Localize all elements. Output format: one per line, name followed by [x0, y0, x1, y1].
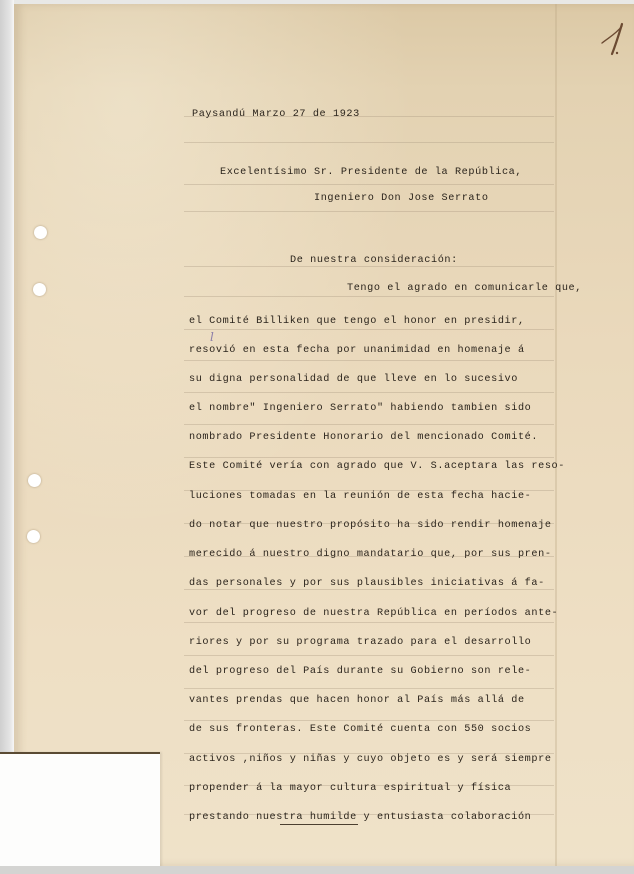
punch-hole — [27, 530, 40, 543]
ruled-line — [184, 622, 554, 623]
body-line: riores y por su programa trazado para el… — [189, 636, 531, 650]
ruled-line — [184, 184, 554, 185]
handwritten-page-number — [598, 22, 634, 62]
punch-hole — [34, 226, 47, 239]
addressee-line-1: Excelentísimo Sr. Presidente de la Repúb… — [220, 166, 522, 180]
body-line: el nombre" Ingeniero Serrato" habiendo t… — [189, 402, 531, 416]
ruled-line — [184, 392, 554, 393]
ruled-line — [184, 655, 554, 656]
body-line: su digna personalidad de que lleve en lo… — [189, 373, 518, 387]
letter-page: Paysandú Marzo 27 de 1923 Excelentísimo … — [14, 4, 634, 866]
addressee-line-2: Ingeniero Don Jose Serrato — [314, 192, 489, 206]
pasted-white-label — [0, 752, 160, 868]
scan-border-bottom — [0, 866, 634, 874]
body-line: el Comité Billiken que tengo el honor en… — [189, 315, 525, 329]
body-line: del progreso del País durante su Gobiern… — [189, 665, 531, 679]
body-line: propender á la mayor cultura espiritual … — [189, 782, 511, 796]
ruled-line — [184, 142, 554, 143]
paper-fold-line — [555, 4, 557, 866]
ruled-line — [184, 329, 554, 330]
body-line: vantes prendas que hacen honor al País m… — [189, 694, 525, 708]
ruled-line — [184, 720, 554, 721]
body-line: nombrado Presidente Honorario del mencio… — [189, 431, 538, 445]
body-line: resovió en esta fecha por unanimidad en … — [189, 344, 525, 358]
scan-border-left — [0, 0, 14, 874]
ruled-line — [184, 211, 554, 212]
underline-humilde — [280, 824, 358, 825]
body-line: do notar que nuestro propósito ha sido r… — [189, 519, 552, 533]
body-line: de sus fronteras. Este Comité cuenta con… — [189, 723, 531, 737]
ruled-line — [184, 457, 554, 458]
salutation: De nuestra consideración: — [290, 254, 458, 268]
pencil-annotation: l — [210, 330, 214, 344]
punch-hole — [28, 474, 41, 487]
body-line: Tengo el agrado en comunicarle que, — [347, 282, 582, 296]
body-line: Este Comité vería con agrado que V. S.ac… — [189, 460, 565, 474]
body-line: merecido á nuestro digno mandatario que,… — [189, 548, 552, 562]
body-line: das personales y por sus plausibles inic… — [189, 577, 545, 591]
body-line: vor del progreso de nuestra República en… — [189, 607, 558, 621]
body-line: prestando nuestra humilde y entusiasta c… — [189, 811, 531, 825]
ruled-line — [184, 424, 554, 425]
ruled-line — [184, 360, 554, 361]
punch-hole — [33, 283, 46, 296]
place-date-line: Paysandú Marzo 27 de 1923 — [192, 108, 360, 122]
body-line: activos ,niños y niñas y cuyo objeto es … — [189, 753, 552, 767]
ruled-line — [184, 296, 554, 297]
body-line: luciones tomadas en la reunión de esta f… — [189, 490, 531, 504]
ruled-line — [184, 688, 554, 689]
